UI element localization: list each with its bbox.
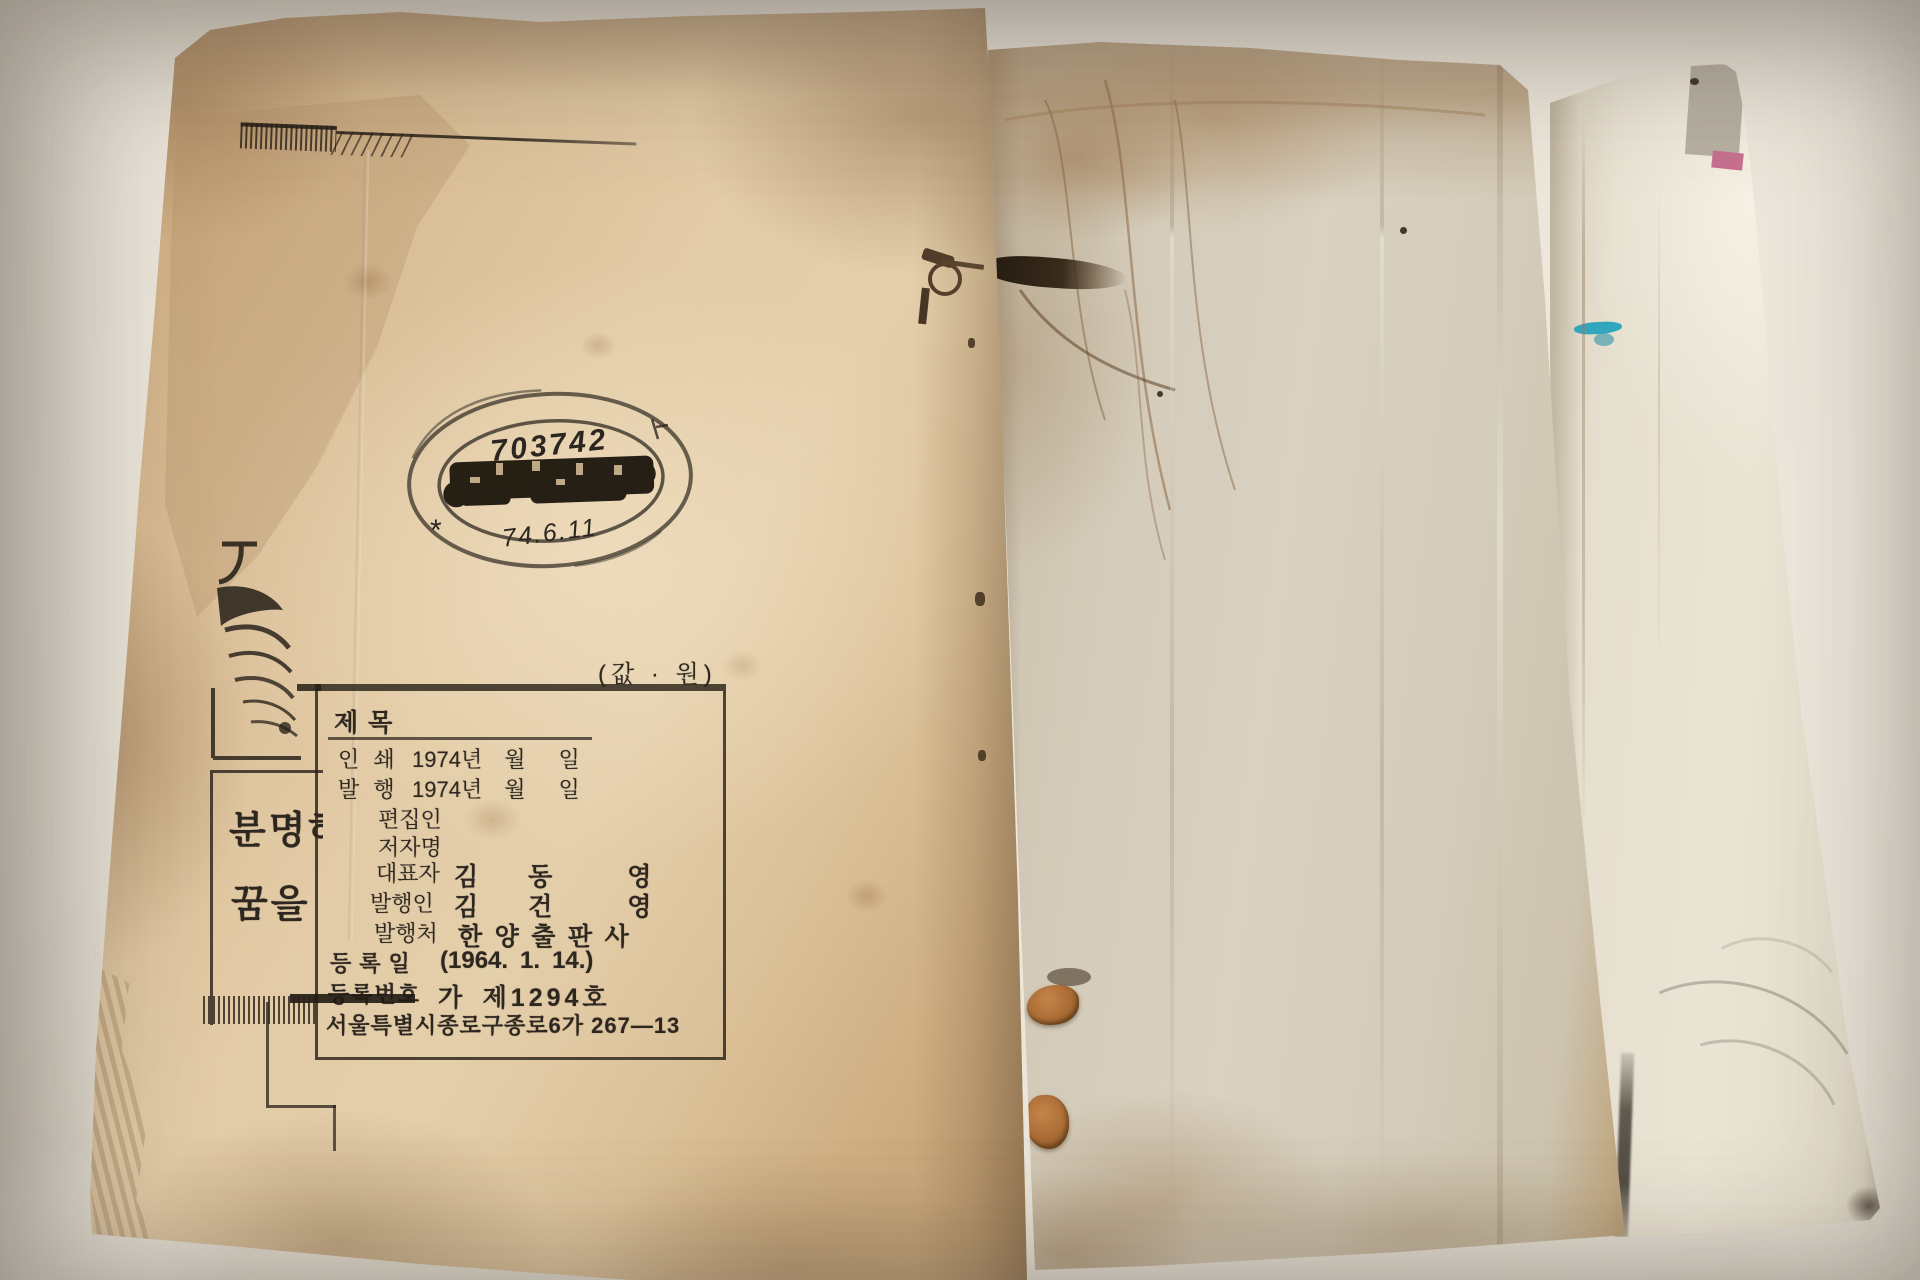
binding-staple <box>928 262 962 296</box>
paper-crease <box>1497 40 1503 1275</box>
binding-hole <box>978 750 986 761</box>
fragment-text-line: 꿈을 <box>231 873 310 928</box>
colophon-row-publish-date: 발 행 1974년 월 일 <box>318 773 723 801</box>
hatch-comb <box>240 122 337 152</box>
binding-hole <box>968 338 975 348</box>
ink-dot <box>1400 227 1407 234</box>
colophon-row-publisher-person: 발행인 김 건 영 <box>318 887 723 915</box>
frame-step-line <box>333 1105 336 1151</box>
stamp-date: 74.6.11 <box>501 513 599 552</box>
grey-edge-band <box>1685 62 1745 158</box>
colophon-row-representative: 대표자 김 동 영 <box>318 857 723 885</box>
right-page-blank <box>985 40 1630 1275</box>
blue-ink-mark <box>1594 333 1614 346</box>
frame-step-line <box>266 1002 336 1108</box>
colophon-row-registration-date: 등록일 (1964. 1. 14.) <box>318 947 723 975</box>
binding-staple <box>918 288 930 325</box>
left-page-colophon: 703742 74.6.11 * (값 · 원) 제목 인 쇄 <box>70 0 1030 1280</box>
paper-crease <box>1582 118 1585 838</box>
ink-dot <box>1618 70 1626 78</box>
colophon-row-author: 저자명 <box>318 831 723 859</box>
colophon-row-editor: 편집인 <box>318 803 723 831</box>
colophon-row-publishing-house: 발행처 한 양 출 판 사 <box>318 917 723 945</box>
pink-mark <box>1711 150 1744 170</box>
paper-crease <box>1380 40 1384 1275</box>
printed-fragment-bottom <box>195 990 495 1170</box>
worn-dark-corner <box>1846 1186 1892 1226</box>
paper-crease <box>1658 178 1660 678</box>
photo-old-korean-book-colophon: 703742 74.6.11 * (값 · 원) 제목 인 쇄 <box>0 0 1920 1280</box>
binding-hole <box>1047 968 1091 986</box>
stamp-star-mark: * <box>430 514 442 547</box>
ink-dot <box>1157 391 1163 397</box>
stain-crack-lines <box>985 40 1630 1275</box>
paper-crease <box>1170 40 1174 1275</box>
binding-hole <box>975 592 985 606</box>
illustration-fragment <box>205 530 380 765</box>
text-fragment-box: 분명하 꿈을 <box>210 770 323 1025</box>
library-stamp: 703742 74.6.11 * <box>400 385 700 570</box>
worn-edge <box>72 958 173 1263</box>
rusty-staple <box>1025 1095 1069 1149</box>
fragment-text-line: 분명하 <box>229 799 323 854</box>
ink-dot <box>1690 78 1699 85</box>
